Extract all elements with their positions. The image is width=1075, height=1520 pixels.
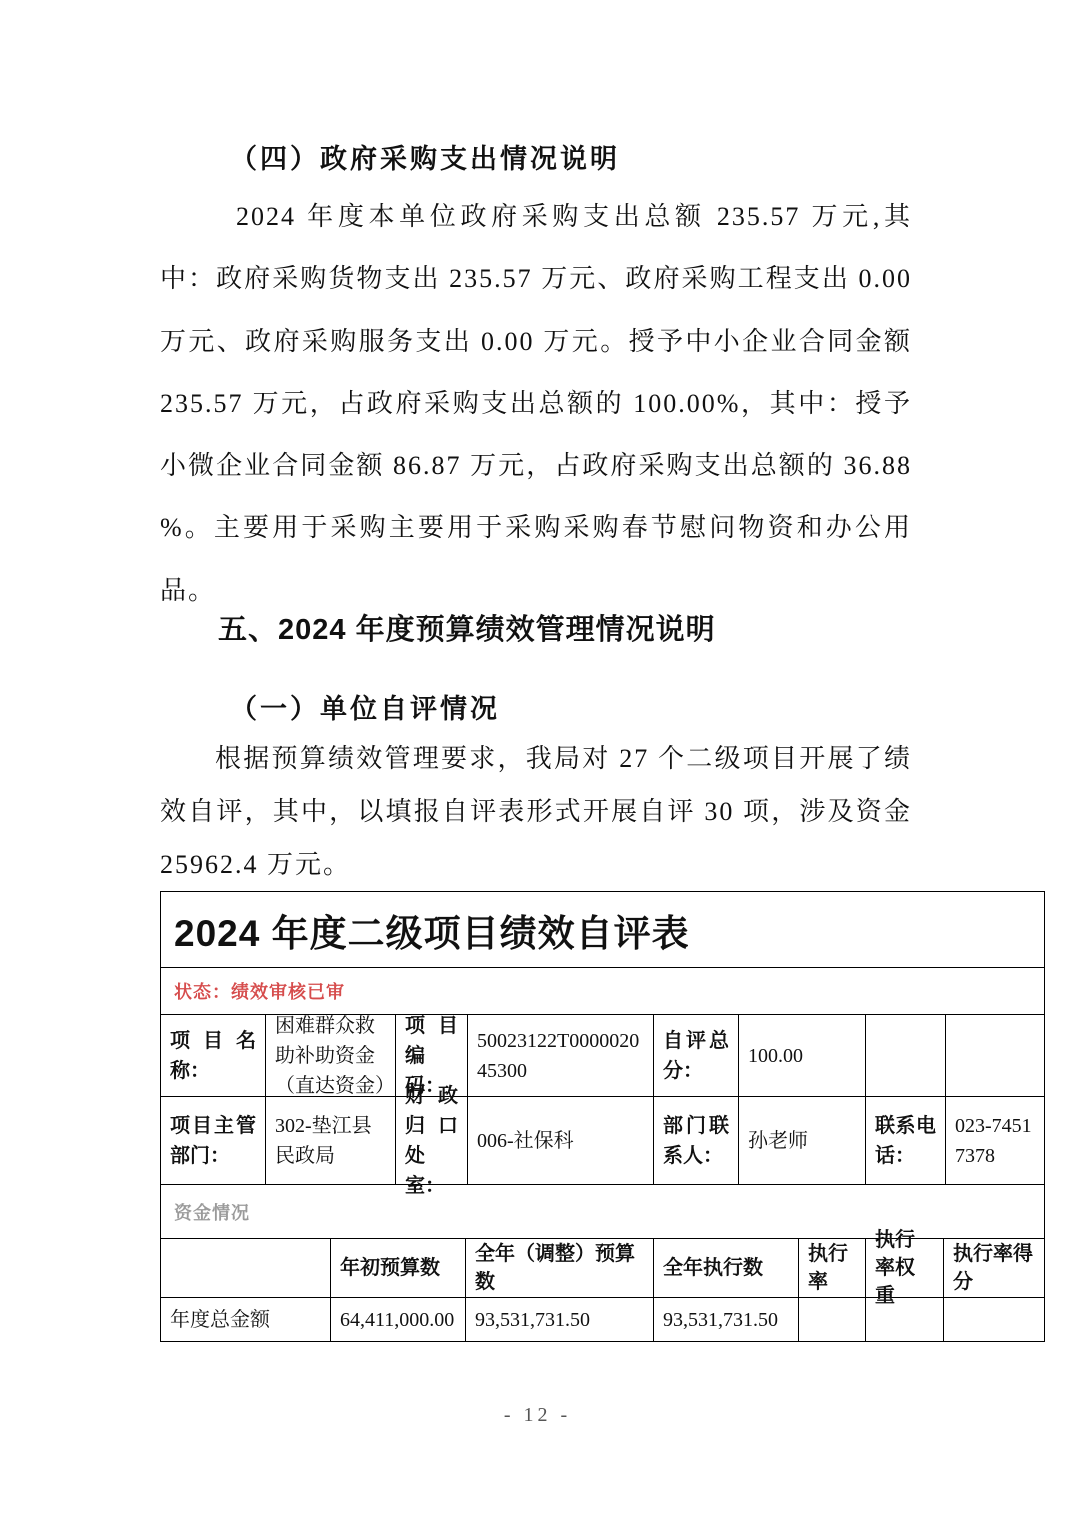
- table-status-line: 状态：绩效审核已审: [161, 968, 1044, 1015]
- contact-phone-value: 023-74517378: [946, 1097, 1044, 1185]
- funds-adjusted-budget-value: 93,531,731.50: [466, 1298, 654, 1341]
- self-score-label: 自评总分：: [654, 1015, 739, 1097]
- funds-rate-weight-value: [866, 1298, 944, 1341]
- funds-header-initial-budget: 年初预算数: [331, 1239, 466, 1298]
- funds-header-executed: 全年执行数: [654, 1239, 799, 1298]
- heading-section-5-1: （一）单位自评情况: [230, 692, 1045, 726]
- contact-phone-label: 联系电话：: [866, 1097, 946, 1185]
- funds-header-rate-weight: 执行率权重: [866, 1239, 944, 1298]
- project-info-grid: 项目名称： 困难群众救助补助资金（直达资金） 项目编码： 50023122T00…: [161, 1015, 1044, 1185]
- funds-row-label: 年度总金额: [161, 1298, 331, 1341]
- funds-grid: 年初预算数 全年（调整）预算数 全年执行数 执行率 执行率权重 执行率得分 年度…: [161, 1239, 1044, 1341]
- self-score-value: 100.00: [739, 1015, 866, 1097]
- contact-person-value: 孙老师: [739, 1097, 866, 1185]
- funds-header-empty: [161, 1239, 331, 1298]
- info-empty-cell-2: [946, 1015, 1044, 1097]
- dept-label: 项目主管部门：: [161, 1097, 266, 1185]
- project-name-label: 项目名称：: [161, 1015, 266, 1097]
- funds-header-rate-score: 执行率得分: [944, 1239, 1044, 1298]
- table-title: 2024 年度二级项目绩效自评表: [161, 892, 1044, 968]
- funds-rate-score-value: [944, 1298, 1044, 1341]
- contact-person-label: 部门联系人：: [654, 1097, 739, 1185]
- funds-header-adjusted-budget: 全年（调整）预算数: [466, 1239, 654, 1298]
- heading-section-5: 五、2024 年度预算绩效管理情况说明: [218, 612, 1045, 648]
- heading-section-4: （四）政府采购支出情况说明: [230, 142, 1045, 176]
- funds-exec-rate-value: [799, 1298, 866, 1341]
- info-empty-cell-1: [866, 1015, 946, 1097]
- document-page: （四）政府采购支出情况说明 2024 年度本单位政府采购支出总额 235.57 …: [0, 0, 1075, 1342]
- funds-initial-budget-value: 64,411,000.00: [331, 1298, 466, 1341]
- project-name-value: 困难群众救助补助资金（直达资金）: [266, 1015, 396, 1097]
- funds-executed-value: 93,531,731.50: [654, 1298, 799, 1341]
- finance-office-value: 006-社保科: [468, 1097, 654, 1185]
- dept-value: 302-垫江县民政局: [266, 1097, 396, 1185]
- paragraph-self-eval: 根据预算绩效管理要求，我局对 27 个二级项目开展了绩效自评，其中，以填报自评表…: [160, 732, 912, 891]
- paragraph-procurement: 2024 年度本单位政府采购支出总额 235.57 万元,其中：政府采购货物支出…: [160, 186, 912, 622]
- funds-header-exec-rate: 执行率: [799, 1239, 866, 1298]
- finance-office-label: 财政归口处室：: [396, 1097, 468, 1185]
- project-code-value: 50023122T000002045300: [468, 1015, 654, 1097]
- self-eval-table: 2024 年度二级项目绩效自评表 状态：绩效审核已审 项目名称： 困难群众救助补…: [160, 891, 1045, 1342]
- page-number: - 12 -: [0, 1404, 1075, 1427]
